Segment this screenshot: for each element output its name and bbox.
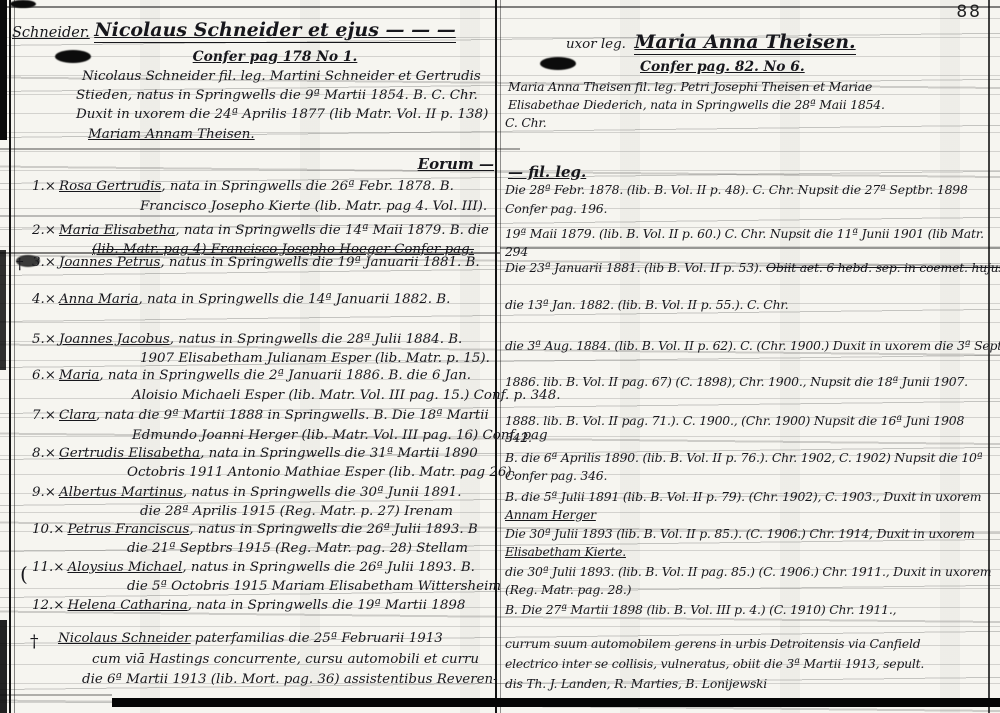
child-number: 9.× [32, 485, 59, 500]
husband-confer: Confer pag 178 No 1. [70, 50, 480, 65]
child-record-cont: (Reg. Matr. pag. 28.) [505, 583, 997, 597]
children-header-right: — fil. leg. [508, 164, 586, 181]
wife-line: Elisabethae Diederich, nata in Springwel… [508, 98, 1000, 112]
child-entry: 8.×Gertrudis Elisabetha, nata in Springw… [32, 447, 494, 462]
deceased-cross-mark: † [16, 255, 24, 273]
child-name: Joannes Jacobus [59, 332, 170, 347]
child-name: Maria Elisabetha [59, 223, 175, 238]
husband-title-text: Nicolaus Schneider et ejus — — — [94, 19, 456, 43]
child-number: 6.× [32, 368, 59, 383]
husband-line: Nicolaus Schneider fil. leg. Martini Sch… [82, 70, 481, 85]
child-entry: 10.×Petrus Franciscus, natus in Springwe… [32, 523, 494, 538]
child-record: 1886. lib. B. Vol. II pag. 67) (C. 1898)… [505, 375, 997, 389]
scan-streak [0, 6, 1000, 8]
death-note-name: Nicolaus Schneider [58, 631, 191, 646]
child-record: Die 28ª Febr. 1878. (lib. B. Vol. II p. … [505, 183, 997, 197]
child-entry: 3.×Joannes Petrus, natus in Springwells … [32, 256, 494, 271]
child-entry: 11.×Aloysius Michael, natus in Springwel… [32, 561, 494, 576]
death-note-line: currum suum automobilem gerens in urbis … [505, 637, 997, 651]
scan-edge-artifact [0, 620, 7, 713]
child-name: Maria [59, 368, 99, 383]
child-record-cont: Confer pag. 196. [505, 202, 997, 216]
death-note-line: die 6ª Martii 1913 (lib. Mort. pag. 36) … [82, 673, 498, 688]
husband-line: Stieden, natus in Springwells die 9ª Mar… [76, 89, 478, 104]
death-note-line: electrico inter se collisis, vulneratus,… [505, 657, 997, 671]
scan-edge-artifact [0, 250, 6, 370]
child-number: 12.× [32, 598, 68, 613]
child-record-cont: 342. [505, 431, 997, 445]
child-record: 19ª Maii 1879. (lib. B. Vol. II p. 60.) … [505, 227, 997, 241]
child-record-cont: 294 [505, 245, 997, 259]
wife-confer: Confer pag. 82. No 6. [640, 60, 805, 75]
husband-title: Nicolaus Schneider et ejus — — — [70, 20, 480, 41]
child-number: 10.× [32, 522, 68, 537]
scan-streak [0, 694, 112, 696]
child-record-cont: Annam Herger [505, 508, 997, 522]
scan-streak [0, 215, 495, 217]
child-name: Petrus Franciscus [68, 522, 190, 537]
ink-blot [540, 57, 576, 70]
child-entry-cont: 1907 Elisabetham Julianam Esper (lib. Ma… [140, 352, 602, 367]
scan-edge-artifact [0, 0, 7, 140]
child-record: 1888. lib. B. Vol. II pag. 71.). C. 1900… [505, 414, 997, 428]
child-entry: 2.×Maria Elisabetha, nata in Springwells… [32, 224, 494, 239]
children-header-left: Eorum — [32, 156, 494, 173]
child-name: Gertrudis Elisabetha [59, 446, 200, 461]
child-entry: 1.×Rosa Gertrudis, nata in Springwells d… [32, 180, 494, 195]
child-number: 8.× [32, 446, 59, 461]
scan-streak [0, 148, 520, 150]
child-record-cont: Elisabetham Kierte. [505, 545, 997, 559]
child-number: 4.× [32, 292, 59, 307]
deceased-cross-mark: † [30, 632, 39, 652]
child-name: Anna Maria [59, 292, 139, 307]
child-number: 1.× [32, 179, 59, 194]
child-entry: 9.×Albertus Martinus, natus in Springwel… [32, 486, 494, 501]
child-name: Rosa Gertrudis [59, 179, 161, 194]
husband-line: Duxit in uxorem die 24ª Aprilis 1877 (li… [76, 108, 488, 123]
child-record: Die 23ª Januarii 1881. (lib B. Vol. II p… [505, 261, 997, 275]
death-note-line: cum viā Hastings concurrente, cursu auto… [92, 653, 479, 668]
child-name: Helena Catharina [68, 598, 188, 613]
child-name: Clara [59, 408, 96, 423]
child-number: 3.× [32, 255, 59, 270]
child-record: B. die 6ª Aprilis 1890. (lib. B. Vol. II… [505, 451, 997, 465]
margin-bracket-mark: ( [20, 562, 28, 586]
left-rule-line [9, 0, 11, 713]
wife-line: C. Chr. [505, 116, 997, 130]
child-record: Die 30ª Julii 1893 (lib. B. Vol. II p. 8… [505, 527, 997, 541]
register-page: 88 Schneider. Nicolaus Schneider et ejus… [0, 0, 1000, 713]
child-entry: 7.×Clara, nata die 9ª Martii 1888 in Spr… [32, 409, 494, 424]
child-name: Joannes Petrus [59, 255, 160, 270]
wife-title: Maria Anna Theisen. [590, 32, 900, 53]
child-number: 5.× [32, 332, 59, 347]
child-record: B. die 5ª Julii 1891 (lib. B. Vol. II p.… [505, 490, 997, 504]
child-name: Aloysius Michael [68, 560, 183, 575]
child-entry: 4.×Anna Maria, nata in Springwells die 1… [32, 293, 494, 308]
child-record: die 30ª Julii 1893. (lib. B. Vol. II pag… [505, 565, 997, 579]
left-rule-line-inner [14, 0, 15, 713]
death-note-line: dis Th. J. Landen, R. Marties, B. Lonije… [505, 677, 997, 691]
death-note-line: Nicolaus Schneider paterfamilias die 25ª… [58, 632, 443, 647]
husband-line: Mariam Annam Theisen. [88, 128, 255, 143]
child-entry: 5.×Joannes Jacobus, natus in Springwells… [32, 333, 494, 348]
child-name: Albertus Martinus [59, 485, 183, 500]
child-record: die 3ª Aug. 1884. (lib. B. Vol. II p. 62… [505, 339, 997, 353]
scan-bottom-bar [112, 698, 1000, 707]
child-record-cont: Confer pag. 346. [505, 469, 997, 483]
child-number: 11.× [32, 560, 68, 575]
wife-line: Maria Anna Theisen fil. leg. Petri Josep… [508, 80, 1000, 94]
child-entry-cont: Aloisio Michaeli Esper (lib. Matr. Vol. … [132, 389, 594, 404]
child-entry: 12.×Helena Catharina, nata in Springwell… [32, 599, 494, 614]
child-entry: 6.×Maria, nata in Springwells die 2ª Jan… [32, 369, 494, 384]
child-record: die 13ª Jan. 1882. (lib. B. Vol. II p. 5… [505, 298, 997, 312]
wife-title-text: Maria Anna Theisen. [634, 31, 855, 55]
struck-death-note: Obiit aet. 6 hebd. sep. in coemet. hujus… [766, 260, 1000, 275]
child-number: 7.× [32, 408, 59, 423]
child-number: 2.× [32, 223, 59, 238]
page-number: 88 [956, 2, 982, 22]
child-record: B. Die 27ª Martii 1898 (lib. B. Vol. III… [505, 603, 997, 617]
